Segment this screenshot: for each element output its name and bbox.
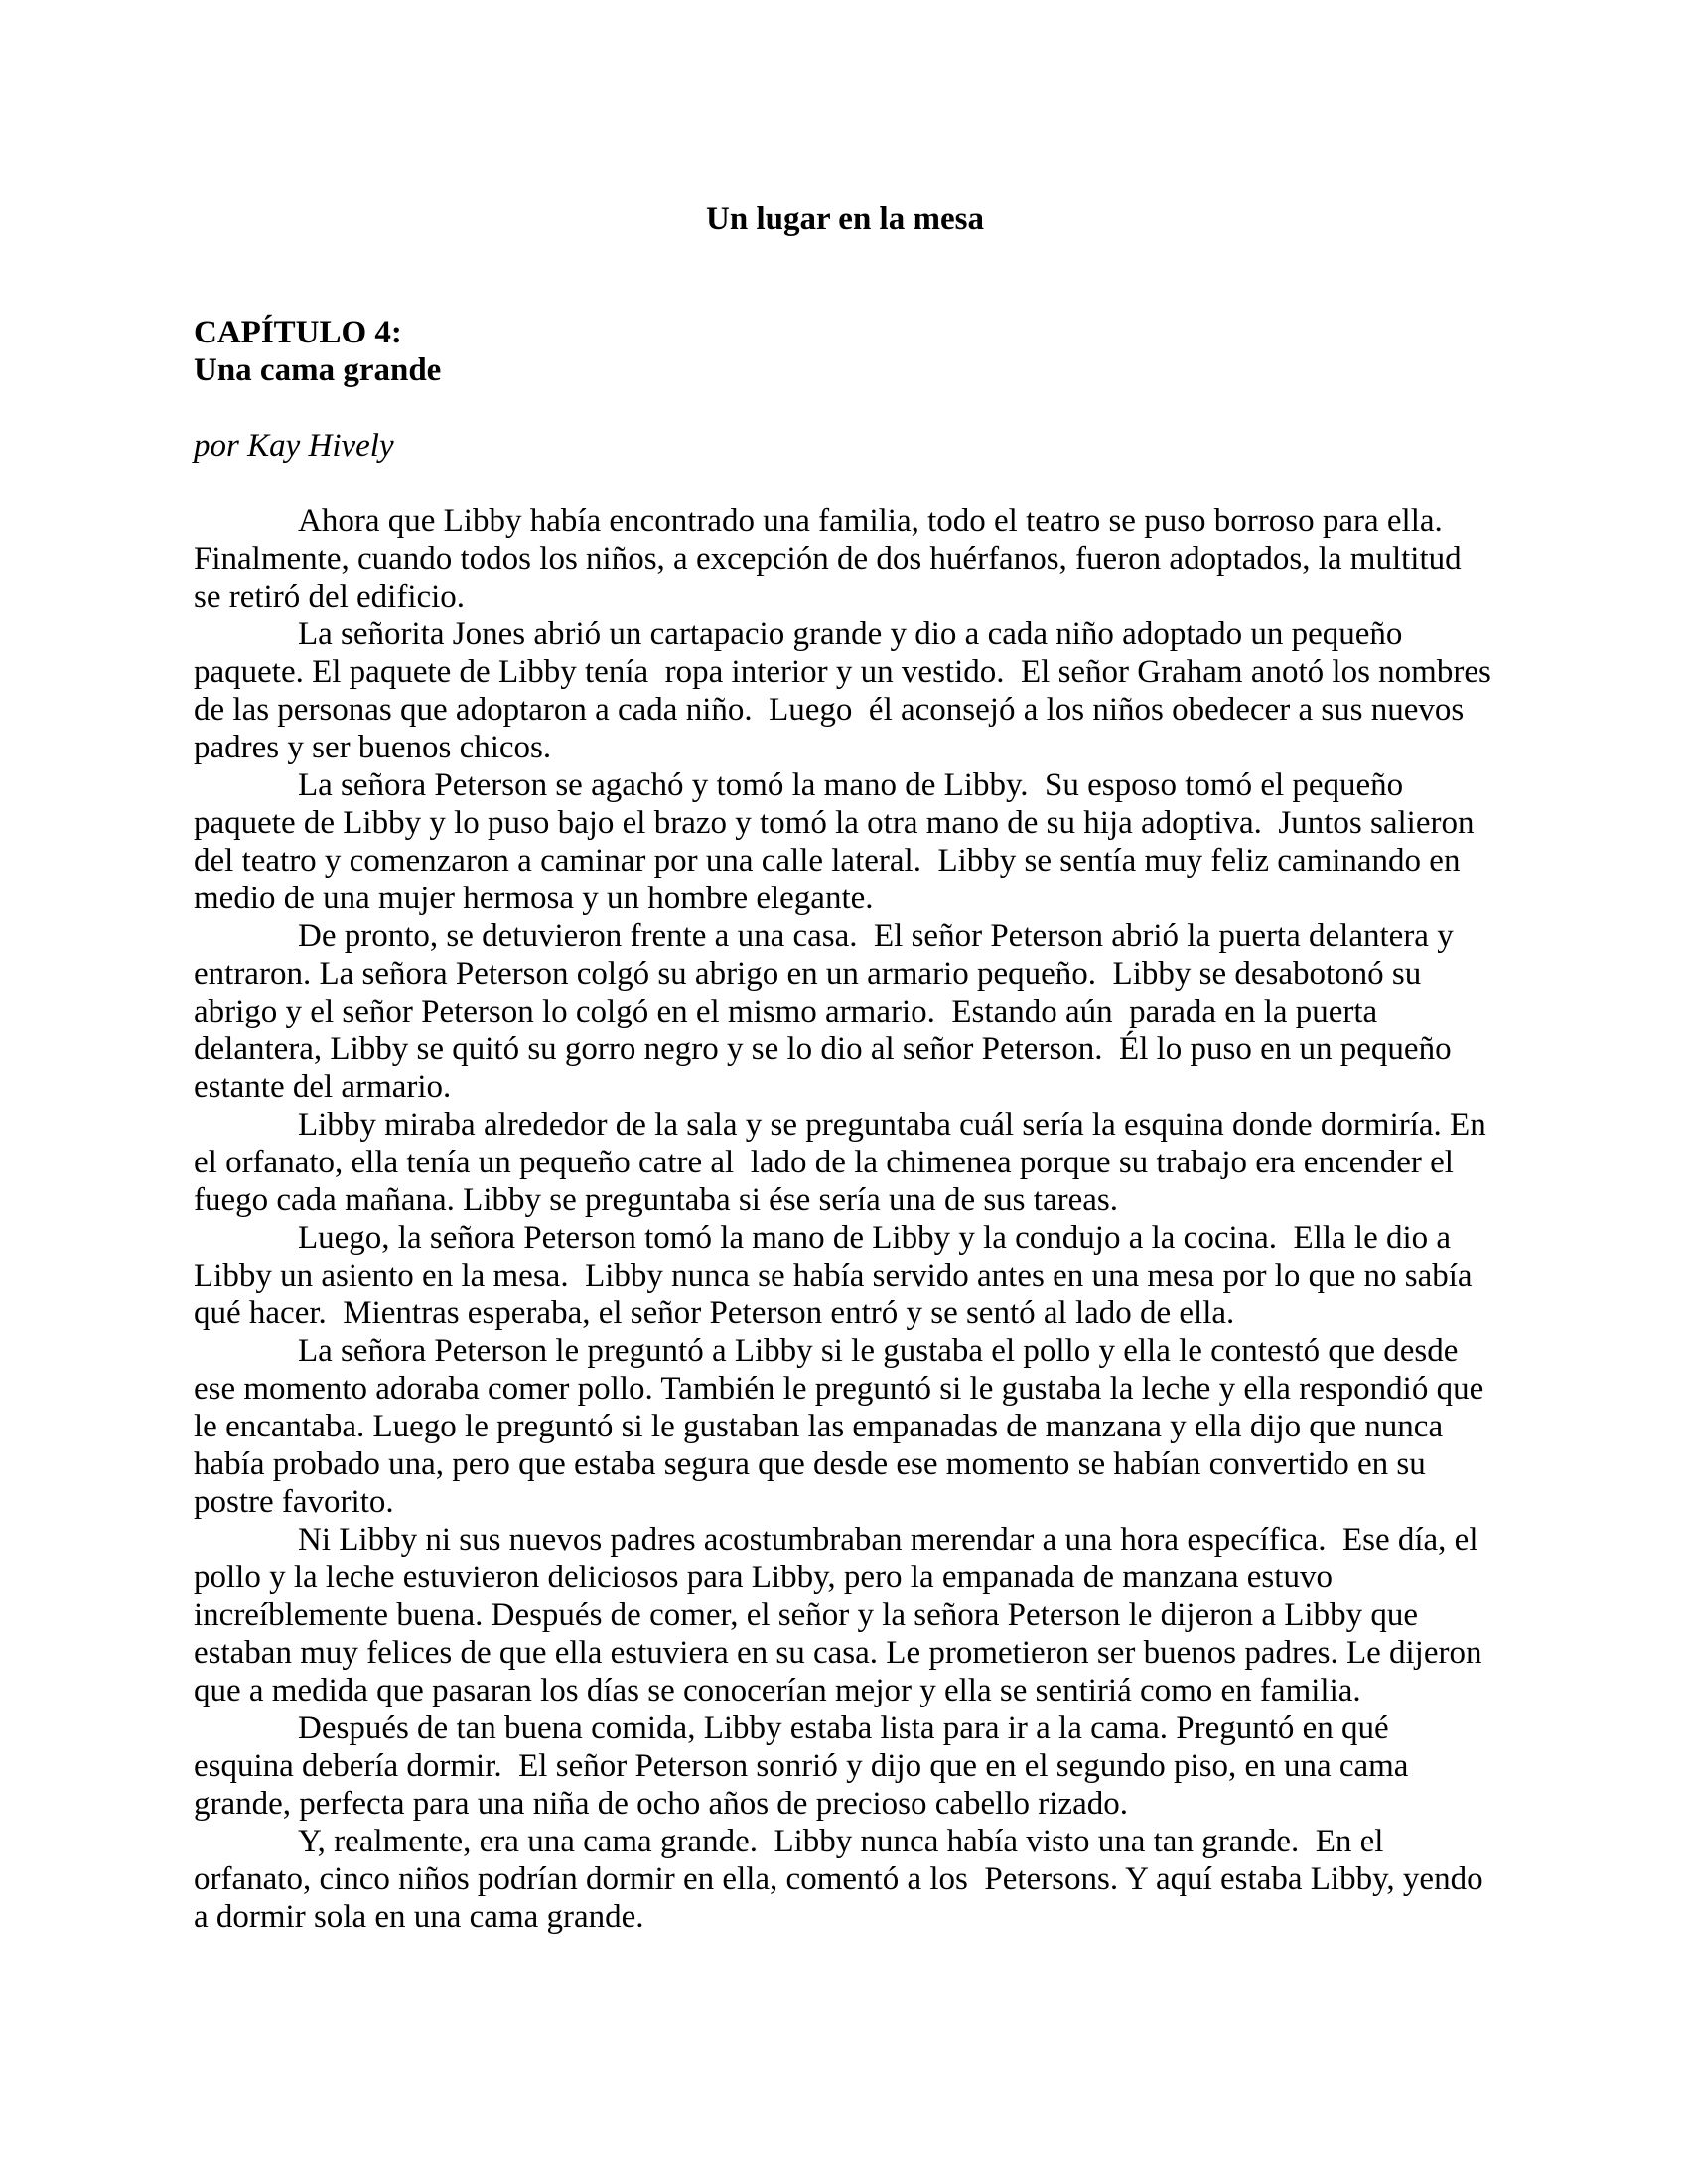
- story-paragraph: Ni Libby ni sus nuevos padres acostumbra…: [194, 1521, 1496, 1709]
- document-content: Un lugar en la mesa CAPÍTULO 4: Una cama…: [194, 201, 1496, 1936]
- author-byline: por Kay Hively: [194, 427, 1496, 465]
- story-paragraph: La señorita Jones abrió un cartapacio gr…: [194, 615, 1496, 766]
- story-paragraph: Y, realmente, era una cama grande. Libby…: [194, 1823, 1496, 1936]
- story-paragraph: La señora Peterson se agachó y tomó la m…: [194, 766, 1496, 917]
- story-paragraph: Después de tan buena comida, Libby estab…: [194, 1709, 1496, 1823]
- chapter-heading: CAPÍTULO 4: Una cama grande: [194, 314, 1496, 389]
- story-paragraph: Libby miraba alrededor de la sala y se p…: [194, 1106, 1496, 1219]
- chapter-label: CAPÍTULO 4:: [194, 314, 1496, 351]
- document-title: Un lugar en la mesa: [194, 201, 1496, 238]
- document-page: Un lugar en la mesa CAPÍTULO 4: Una cama…: [0, 0, 1688, 2184]
- story-paragraph: De pronto, se detuvieron frente a una ca…: [194, 917, 1496, 1106]
- story-paragraph: Ahora que Libby había encontrado una fam…: [194, 502, 1496, 615]
- story-paragraph: Luego, la señora Peterson tomó la mano d…: [194, 1219, 1496, 1332]
- chapter-subtitle: Una cama grande: [194, 351, 1496, 389]
- story-body: Ahora que Libby había encontrado una fam…: [194, 502, 1496, 1936]
- story-paragraph: La señora Peterson le preguntó a Libby s…: [194, 1332, 1496, 1521]
